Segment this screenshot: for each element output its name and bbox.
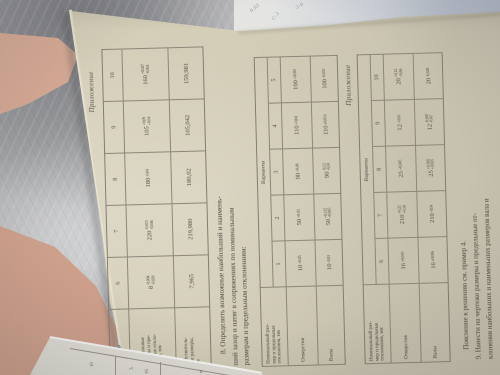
cell-shaft: 90-0,12-0,24 (313, 147, 340, 194)
cell-hole: 90+0,06 (283, 148, 314, 195)
under-sheet-number: м (199, 370, 204, 374)
row-label-shafts: Валы (420, 282, 450, 363)
cell-shaft: 110±0,012 (312, 101, 339, 148)
cell-nominal: 8-0,004-0,020 (128, 255, 175, 308)
col-header: 6 (375, 238, 389, 284)
col-header: 10 (102, 49, 123, 102)
cell-hole: 100+0,035 (281, 56, 312, 103)
cell-nominal: 220-0,015-0,046 (126, 203, 173, 256)
footer-text: Пояснение к решению см. пример 4. 9. Нан… (452, 21, 497, 360)
col-header: 1 (272, 240, 286, 286)
col-header: 7 (374, 192, 388, 238)
cell-shaft: 100-0,035 (311, 55, 338, 102)
cell-hole: 12+0,03 (385, 99, 416, 146)
cell-actual: 105,042 (170, 98, 205, 151)
cell-actual: 7,965 (174, 254, 209, 307)
cell-hole: 10+0,05 (285, 240, 316, 287)
row-label-shafts: Валы (317, 285, 345, 366)
cell-shaft: 210-0,04 (417, 190, 446, 237)
table-c-corner-label: Номинальный раз- мер и предельные отклон… (364, 284, 392, 365)
under-sheet-table-rule (160, 362, 161, 375)
cell-nominal: 180-0,04 (125, 151, 172, 204)
table-sizes-variants-6-10: Варианты 6 7 8 9 10 Номинальные размеры … (101, 46, 211, 371)
cell-nominal: 160+0,027-0,034 (122, 47, 169, 100)
page-content: Приложение Варианты 6 7 8 9 10 Номинальн… (60, 0, 500, 375)
cell-hole: 210+0,21+0,18 (387, 191, 418, 238)
cell-hole: 25+0,045 (386, 145, 417, 192)
table-fits-variants-6-10: Номинальный раз- мер и предельные отклон… (357, 52, 451, 364)
col-header: 7 (106, 204, 127, 257)
cell-shaft: 25+0,100+0,035 (416, 144, 445, 191)
cell-actual: 219,980 (172, 202, 207, 255)
cell-actual: 180,02 (171, 150, 206, 203)
col-header: 6 (108, 256, 129, 309)
col-header: 8 (105, 152, 126, 205)
cell-shaft: 16±0,006 (418, 236, 447, 283)
cell-shaft: 10-0,03 (315, 239, 342, 286)
cell-shaft: 50+0,115+0,065 (314, 193, 341, 240)
cell-shaft: 20-0,045 (414, 52, 443, 99)
appendix-label-1: Приложение (87, 71, 103, 371)
col-header: 10 (371, 54, 385, 100)
cell-hole: 16+0,019 (388, 237, 419, 284)
col-header: 2 (271, 194, 285, 240)
under-sheet-number: 16 (145, 369, 150, 374)
cell-hole: 110+0,04 (282, 102, 313, 149)
cell-hole: 20+0,12+0,06 (384, 53, 415, 100)
task-8-text: 8. Определить возможные наибольший и наи… (209, 27, 253, 366)
col-header: 4 (269, 102, 283, 148)
col-header: 9 (372, 100, 386, 146)
photo-scene: 0,02 С-3 3-0 Приложение Варианты 6 7 8 9… (0, 0, 500, 375)
cell-hole: 50+0,03 (284, 194, 315, 241)
under-sheet-table-rule (115, 356, 116, 375)
under-sheet-number: 3 (130, 367, 135, 370)
table-fits-variants-1-5: Номинальный раз- мер и предельные отклон… (254, 55, 346, 367)
col-header: 8 (373, 146, 387, 192)
col-header: 5 (268, 56, 282, 102)
row-label-holes: Отверстия (390, 283, 422, 364)
table-b-corner-label: Номинальный раз- мер и предельные отклон… (261, 286, 289, 367)
cell-nominal: 105+0,09+0,04 (124, 99, 171, 152)
row-label-holes: Отверстия (287, 286, 319, 367)
cell-actual: 159,981 (168, 46, 203, 99)
col-header: 3 (270, 148, 284, 194)
cell-shaft: 12-0,007-0,02 (415, 98, 444, 145)
under-sheet-number: 10 (90, 362, 95, 367)
col-header: 9 (104, 100, 125, 153)
